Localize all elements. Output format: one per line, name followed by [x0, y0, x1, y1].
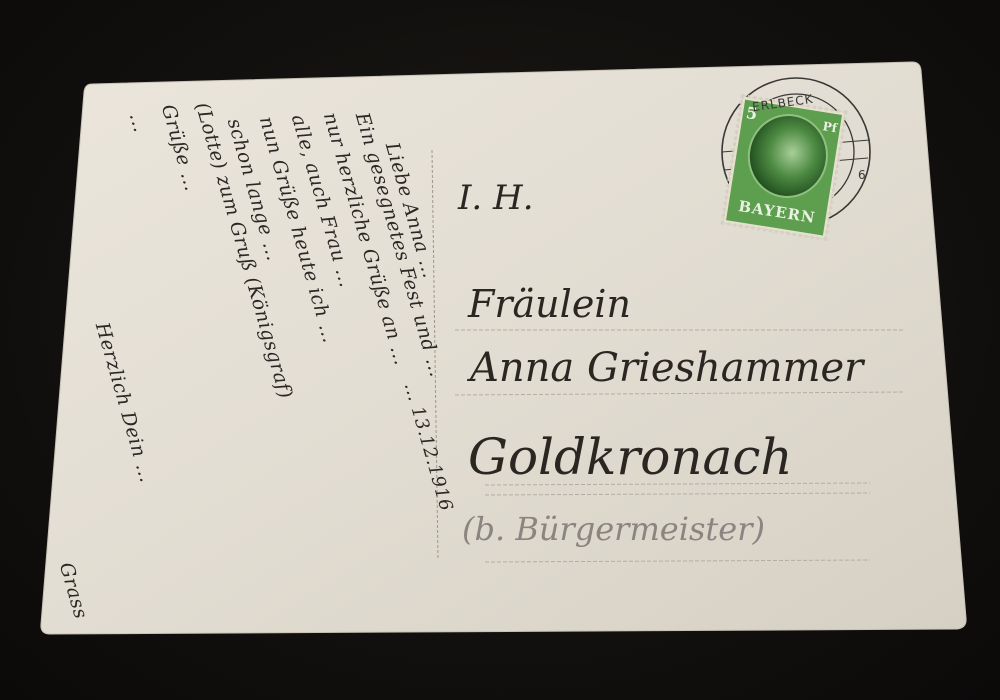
postage-stamp: 5 Pf BAYERN	[712, 89, 862, 248]
address-town: Goldkronach	[468, 428, 793, 486]
postmark-digit: 6	[858, 168, 867, 182]
address-salutation: I. H.	[458, 178, 534, 218]
address-title: Fräulein	[468, 282, 631, 326]
address-note: (b. Bürgermeister)	[462, 510, 765, 548]
stamp-country: BAYERN	[724, 195, 830, 229]
stamp-currency: Pf	[822, 119, 838, 135]
postcard-photo: 5 Pf BAYERN ERLBECK 6 I. H. Fräulein Ann…	[0, 0, 1000, 700]
address-name: Anna Grieshammer	[470, 345, 863, 391]
